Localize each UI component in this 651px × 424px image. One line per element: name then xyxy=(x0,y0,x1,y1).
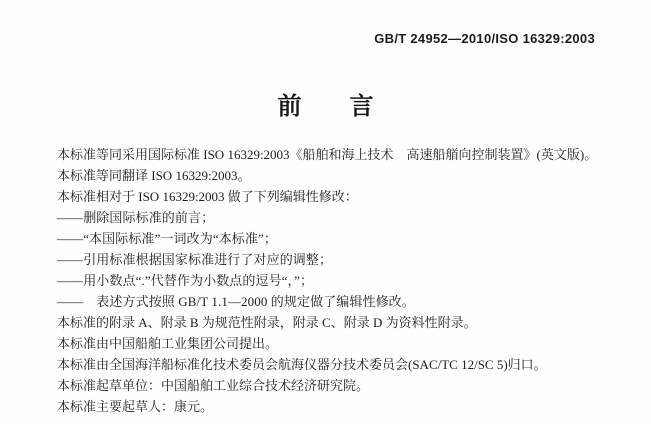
text-line: 本标准相对于 ISO 16329:2003 做了下列编辑性修改： xyxy=(57,186,625,207)
document-page: GB/T 24952—2010/ISO 16329:2003 前 言 本标准等同… xyxy=(0,0,651,424)
text-line: 本标准起草单位：中国船舶工业综合技术经济研究院。 xyxy=(57,375,625,396)
text-line: 本标准主要起草人：康元。 xyxy=(57,396,625,417)
text-line: ——引用标准根据国家标准进行了对应的调整； xyxy=(57,249,625,270)
page-title: 前 言 xyxy=(0,86,651,121)
text-line: ——“本国际标准”一词改为“本标准”； xyxy=(57,228,625,249)
standard-code-header: GB/T 24952—2010/ISO 16329:2003 xyxy=(374,31,595,46)
text-line: 本标准由全国海洋船标准化技术委员会航海仪器分技术委员会(SAC/TC 12/SC… xyxy=(57,354,625,375)
text-line: —— 表述方式按照 GB/T 1.1—2000 的规定做了编辑性修改。 xyxy=(57,291,625,312)
text-line: 本标准由中国船舶工业集团公司提出。 xyxy=(57,333,625,354)
text-line: 本标准的附录 A、附录 B 为规范性附录，附录 C、附录 D 为资料性附录。 xyxy=(57,312,625,333)
text-line: 本标准等同翻译 ISO 16329:2003。 xyxy=(57,165,625,186)
text-line: 本标准等同采用国际标准 ISO 16329:2003《船舶和海上技术 高速船艏向… xyxy=(57,144,625,165)
text-line: ——用小数点“.”代替作为小数点的逗号“，”； xyxy=(57,270,625,291)
foreword-body: 本标准等同采用国际标准 ISO 16329:2003《船舶和海上技术 高速船艏向… xyxy=(57,144,625,417)
text-line: ——删除国际标准的前言； xyxy=(57,207,625,228)
